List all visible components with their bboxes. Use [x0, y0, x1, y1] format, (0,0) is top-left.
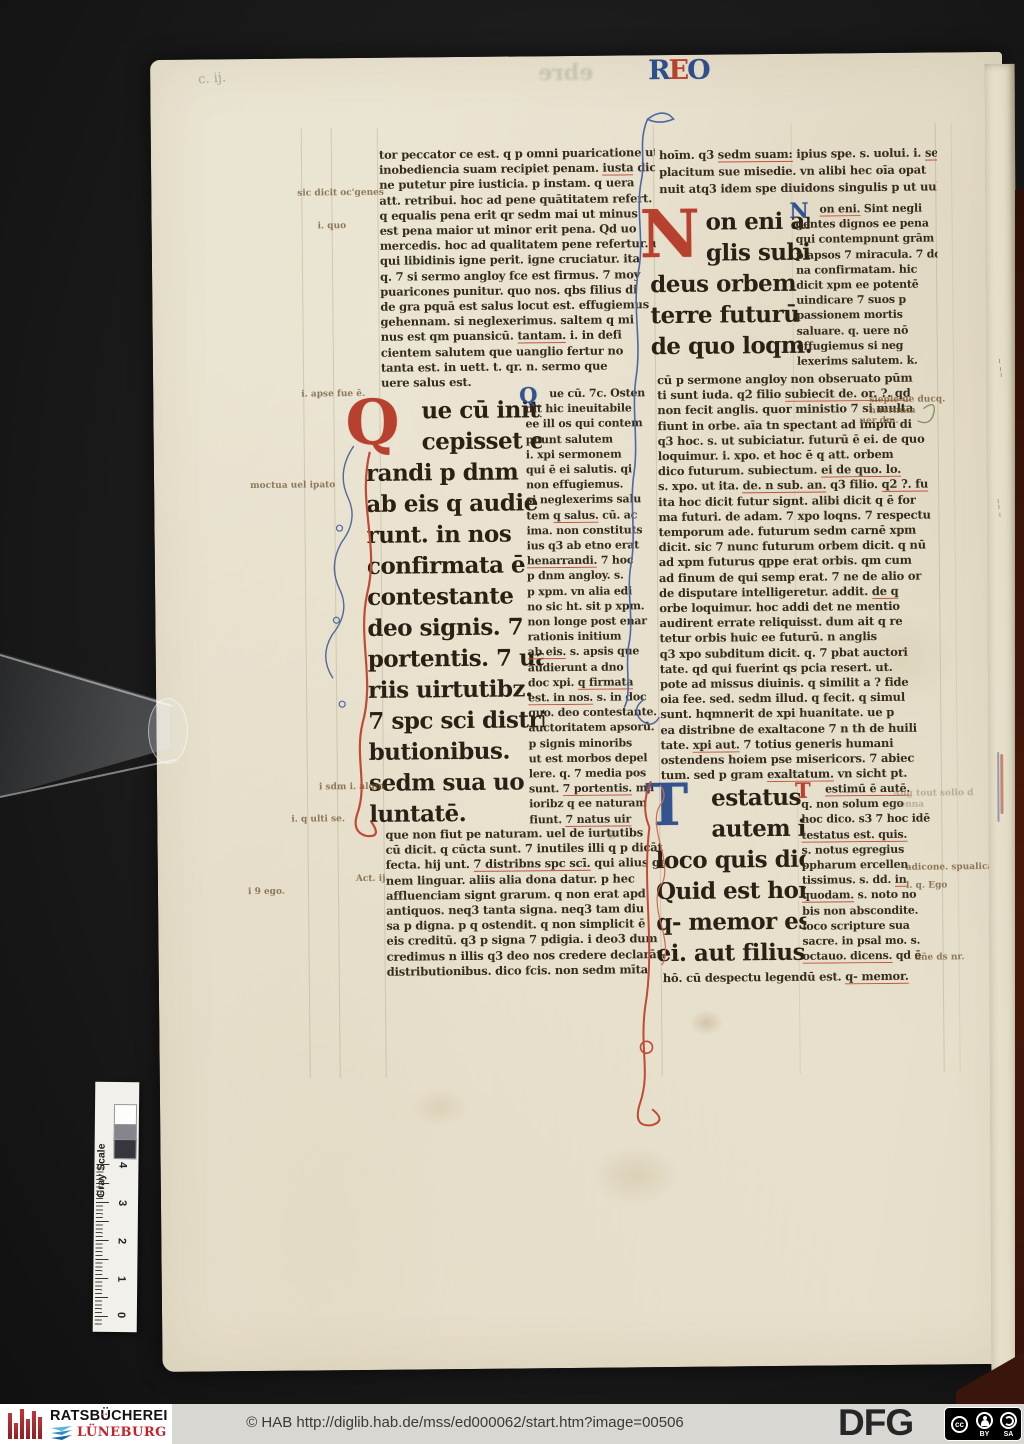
- cc-license-badge[interactable]: cc BY SA: [944, 1407, 1022, 1441]
- marginal-note: Act. ij.: [356, 874, 389, 885]
- sliver-blue-flourish-trace: [997, 752, 999, 822]
- sliver-text-trace: ~ ~~: [995, 358, 1005, 379]
- cc-sa-icon: [1000, 1412, 1017, 1429]
- gloss-block-right-of-lemma: on eni. Sint negligentes dignos ee penaq…: [795, 200, 939, 369]
- ruler-number: 4: [114, 1162, 128, 1176]
- cc-by-label: BY: [974, 1431, 995, 1438]
- marginal-note: i. apse fue ē.: [301, 389, 365, 401]
- ruler-number: 0: [113, 1312, 127, 1326]
- stain: [590, 1145, 681, 1206]
- library-logo[interactable]: RATSBÜCHEREI .. LÜNEBURG: [0, 1404, 172, 1444]
- marginal-note: i. quo: [318, 221, 347, 232]
- gloss-last-line: hō. cū despectu legendū est. q- memor.: [663, 968, 951, 986]
- marginal-note: sieple ue ducq. huernum: [869, 394, 989, 417]
- gloss-block-bottom-left: que non fiut pe naturam. uel de iurtutib…: [385, 825, 664, 980]
- cc-by-icon: [976, 1412, 993, 1429]
- stain: [410, 1087, 470, 1128]
- digitized-manuscript-viewer: c. ij. ebre REO tor peccator ce est. q p…: [0, 0, 1024, 1444]
- footer-bar: RATSBÜCHEREI .. LÜNEBURG © HAB http://di…: [0, 1404, 1024, 1444]
- lemma-hebrews-2-5: on eni anglis subiecitdeus orbemterre fu…: [649, 206, 810, 363]
- gray-scale-ruler: Gray Scale 4 3 2 1 0: [93, 1082, 140, 1332]
- cc-sa-label: SA: [998, 1431, 1019, 1438]
- lemma-hebrews-2-3: ue cū initiūcepisset enarrandi p dnmab e…: [365, 394, 545, 830]
- stain: [689, 1010, 723, 1036]
- umlaut-dots: ..: [101, 1407, 109, 1418]
- library-name: RATSBÜCHEREI: [50, 1408, 168, 1424]
- book-icon: [50, 1426, 74, 1441]
- gloss-block-top-left: tor peccator ce est. q p omni puaricatio…: [379, 145, 657, 391]
- marginal-note: l. q. Ego: [906, 880, 948, 891]
- gloss-block-mid-left: ue cū. 7c. Ostendit hic ineuitabileee il…: [525, 385, 661, 827]
- binding-edge: [1015, 190, 1024, 1378]
- running-header-showthrough: ebre: [538, 60, 593, 87]
- lemma-hebrews-2-6: estatus estautem in qdāloco quis dicēs.Q…: [655, 782, 807, 969]
- marginal-note: sic dicit oc'genes: [297, 188, 384, 200]
- marginal-note: i 9 ego.: [248, 887, 285, 898]
- header-letter: O: [687, 55, 711, 86]
- marginal-note: moctua uel ipato: [250, 480, 335, 492]
- marginal-note: uer dm.: [859, 416, 898, 427]
- marginal-note: dñe ds nr.: [915, 952, 965, 963]
- clamp-tip: [148, 698, 188, 764]
- library-city: LÜNEBURG: [77, 1425, 167, 1440]
- attribution-link[interactable]: © HAB http://diglib.hab.de/mss/ed000062/…: [230, 1414, 700, 1431]
- ruler-patch-black: [114, 1139, 137, 1159]
- gloss-block-top-right: hoīm. q3 sedm suam: ipius spe. s. uolui.…: [659, 144, 937, 198]
- ruler-major-ticks: [95, 1164, 110, 1326]
- sliver-red-initial-trace: [1000, 754, 1003, 814]
- page-holder-clamp: [0, 648, 182, 800]
- library-logo-bars-icon: [8, 1409, 46, 1439]
- gloss-block-wide-right: cū p sermone angloy non obseruato pūmti …: [657, 370, 943, 783]
- dfg-logo[interactable]: DFG: [838, 1402, 913, 1444]
- pencil-foliation: c. ij.: [198, 70, 227, 87]
- marginal-note: Aug tout solio d penna: [893, 788, 1003, 811]
- marginal-note: i. q ulti se.: [291, 814, 345, 826]
- cc-icon: cc: [951, 1416, 968, 1433]
- ruler-patch-white: [114, 1104, 137, 1126]
- ruling-line: [951, 122, 961, 1072]
- ruler-number: 3: [114, 1200, 128, 1214]
- ruling-line: [331, 128, 341, 1078]
- ruler-number: 2: [114, 1238, 128, 1252]
- ruler-number: 1: [113, 1276, 127, 1290]
- running-header: REO: [648, 55, 711, 87]
- sliver-text-trace: ~~ ~: [994, 498, 1004, 519]
- manuscript-page: c. ij. ebre REO tor peccator ce est. q p…: [150, 52, 1015, 1372]
- marginal-note: i sdm i. alqm: [319, 782, 384, 794]
- ruling-line: [301, 129, 311, 1079]
